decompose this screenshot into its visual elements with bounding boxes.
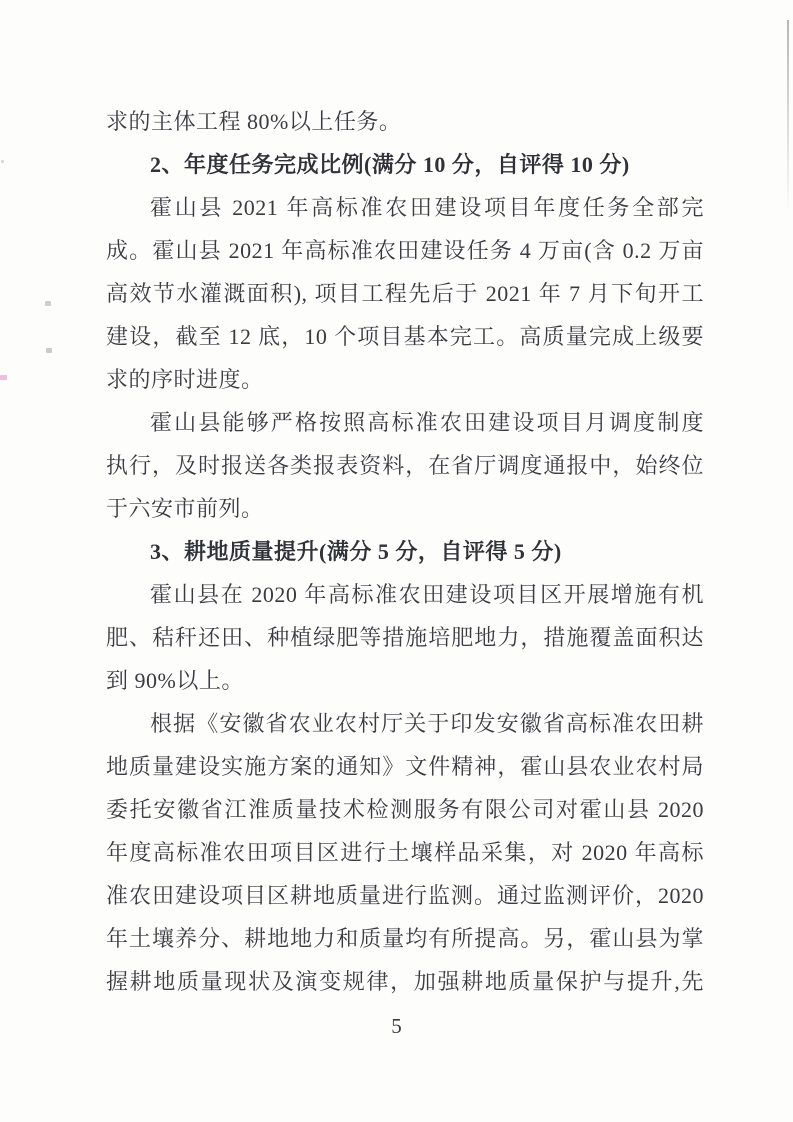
scan-speck [0,375,7,380]
text-line: 握耕地质量现状及演变规律，加强耕地质量保护与提升,先 [106,960,704,1003]
scan-speck [45,301,51,306]
text-line: 到 90%以上。 [106,659,704,702]
text-line: 霍山县在 2020 年高标准农田建设项目区开展增施有机 [106,573,704,616]
text-line: 霍山县能够严格按照高标准农田建设项目月调度制度 [106,401,704,444]
text-line: 建设，截至 12 底，10 个项目基本完工。高质量完成上级要 [106,315,704,358]
text-line: 肥、秸秆还田、种植绿肥等措施培肥地力，措施覆盖面积达 [106,616,704,659]
text-line: 年土壤养分、耕地地力和质量均有所提高。另，霍山县为掌 [106,917,704,960]
text-line: 地质量建设实施方案的通知》文件精神，霍山县农业农村局 [106,745,704,788]
paragraph: 霍山县在 2020 年高标准农田建设项目区开展增施有机肥、秸秆还田、种植绿肥等措… [106,573,704,702]
text-block: 求的主体工程 80%以上任务。2、年度任务完成比例(满分 10 分，自评得 10… [106,100,704,1003]
paragraph: 求的主体工程 80%以上任务。 [106,100,704,143]
section-heading: 3、耕地质量提升(满分 5 分，自评得 5 分) [106,530,704,573]
page-number: 5 [0,1012,793,1040]
text-line: 求的主体工程 80%以上任务。 [106,100,704,143]
text-line: 委托安徽省江淮质量技术检测服务有限公司对霍山县 2020 [106,788,704,831]
section-heading: 2、年度任务完成比例(满分 10 分，自评得 10 分) [106,143,704,186]
text-line: 于六安市前列。 [106,487,704,530]
text-line: 执行，及时报送各类报表资料，在省厅调度通报中，始终位 [106,444,704,487]
text-line: 3、耕地质量提升(满分 5 分，自评得 5 分) [106,530,704,573]
text-line: 2、年度任务完成比例(满分 10 分，自评得 10 分) [106,143,704,186]
text-line: 年度高标准农田项目区进行土壤样品采集，对 2020 年高标 [106,831,704,874]
text-line: 准农田建设项目区耕地质量进行监测。通过监测评价，2020 [106,874,704,917]
text-line: 高效节水灌溉面积), 项目工程先后于 2021 年 7 月下旬开工 [106,272,704,315]
paragraph: 霍山县 2021 年高标准农田建设项目年度任务全部完成。霍山县 2021 年高标… [106,186,704,401]
document-page: 求的主体工程 80%以上任务。2、年度任务完成比例(满分 10 分，自评得 10… [0,0,793,1122]
text-line: 成。霍山县 2021 年高标准农田建设任务 4 万亩(含 0.2 万亩 [106,229,704,272]
text-line: 求的序时进度。 [106,358,704,401]
scan-speck [46,348,52,353]
text-line: 霍山县 2021 年高标准农田建设项目年度任务全部完 [106,186,704,229]
text-line: 根据《安徽省农业农村厅关于印发安徽省高标准农田耕 [106,702,704,745]
paragraph: 根据《安徽省农业农村厅关于印发安徽省高标准农田耕地质量建设实施方案的通知》文件精… [106,702,704,1003]
paragraph: 霍山县能够严格按照高标准农田建设项目月调度制度执行，及时报送各类报表资料，在省厅… [106,401,704,530]
scan-speck [1,160,4,163]
scan-edge-artifact [787,20,789,215]
